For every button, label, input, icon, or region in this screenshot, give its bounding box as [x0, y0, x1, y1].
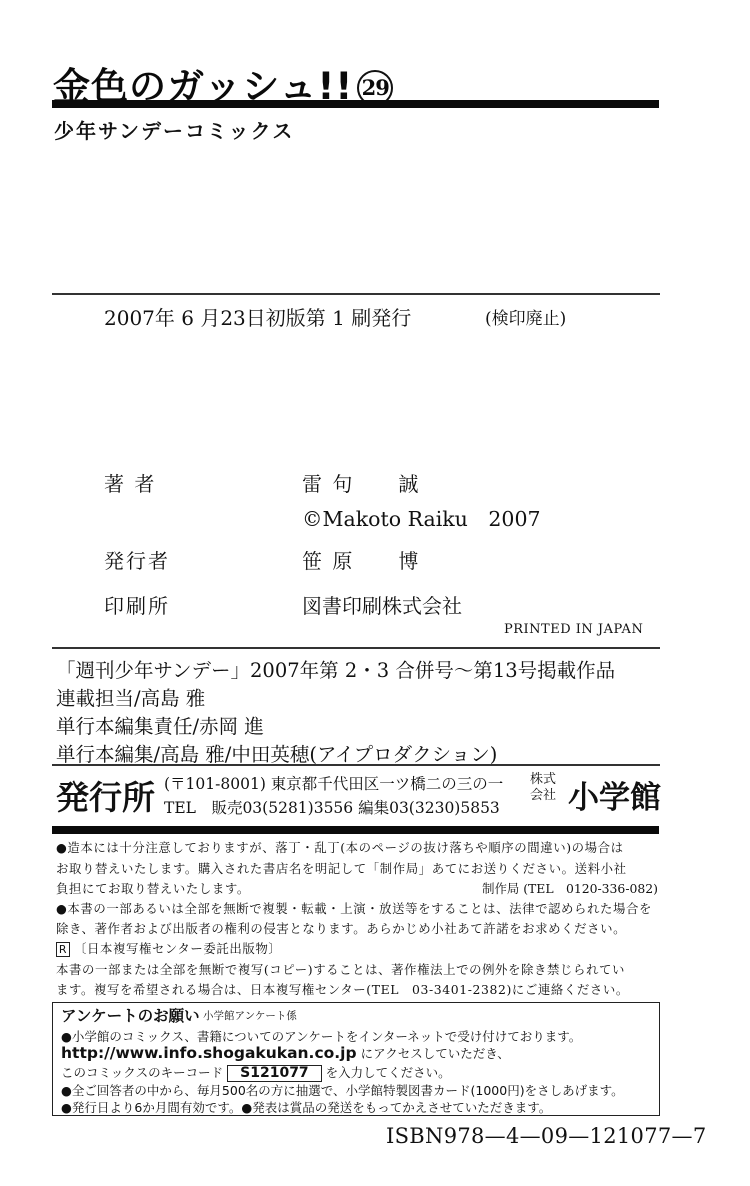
survey-box: アンケートのお願い 小学館アンケート係 ●小学館のコミックス、書籍についてのアン… [52, 1002, 660, 1116]
defect-notice-2: お取り替えいたします。購入された書店名を明記して「制作局」あてにお送りください。… [56, 859, 627, 877]
volume-editors: 単行本編集/高島 雅/中田英穂(アイプロダクション) [56, 739, 497, 767]
survey-line-4: ●全ご回答者の中から、毎月500名の方に抽選で、小学館特製図書カード(1000円… [61, 1081, 624, 1099]
isbn: ISBN978—4—09—121077—7 [386, 1124, 706, 1148]
printed-in-japan: PRINTED IN JAPAN [504, 622, 643, 637]
jrrc-heading: R〔日本複写権センター委託出版物〕 [56, 939, 281, 957]
survey-url-link[interactable]: http://www.info.shogakukan.co.jp [61, 1044, 357, 1062]
corp-type-top: 株式 [530, 772, 556, 788]
divider [52, 647, 660, 649]
publisher-address: (〒101-8001) 東京都千代田区一ツ橋二の三の一 [164, 772, 503, 794]
corp-type: 株式 会社 [530, 772, 556, 804]
publisher-tel: TEL 販売03(5281)3556 編集03(3230)5853 [164, 796, 500, 818]
survey-url-suffix: にアクセスしていただき、 [361, 1046, 510, 1061]
survey-keycode-line: このコミックスのキーコードS121077を入力してください。 [61, 1063, 451, 1082]
registered-r-icon: R [56, 942, 70, 957]
author-label: 著 者 [104, 468, 156, 497]
divider [52, 764, 660, 766]
survey-subtitle: 小学館アンケート係 [203, 1008, 297, 1023]
publisher-rule [52, 826, 659, 834]
survey-line-5: ●発行日より6か月間有効です。●発表は賞品の発送をもってかえさせていただきます。 [61, 1098, 551, 1116]
printer-name: 図書印刷株式会社 [302, 590, 462, 619]
stamp-note: (検印廃止) [485, 304, 566, 329]
serial-editor: 連載担当/高島 雅 [56, 683, 205, 711]
volume-editor-chief: 単行本編集責任/赤岡 進 [56, 711, 264, 739]
publisher-block-label: 発行所 [56, 772, 155, 819]
copyright-notice-2: 除き、著作者および出版者の権利の侵害となります。あらかじめ小社あて許諾をお求めく… [56, 919, 626, 937]
publisher-name: 笹 原 博 [302, 545, 420, 574]
keycode-box: S121077 [227, 1065, 322, 1082]
copyright-notice-1: ●本書の一部あるいは全部を無断で複製・転載・上演・放送等をすることは、法律で認め… [56, 899, 652, 917]
publisher-label: 発行者 [104, 545, 170, 574]
printer-label: 印刷所 [104, 590, 170, 619]
survey-title: アンケートのお願い [61, 1004, 200, 1026]
serialization-note: 「週刊少年サンデー」2007年第 2・3 合併号〜第13号掲載作品 [56, 655, 615, 683]
jrrc-notice-1: 本書の一部または全部を無断で複写(コピー)することは、著作権法上での例外を除き禁… [56, 960, 625, 978]
divider [52, 293, 660, 295]
copyright-line: ©Makoto Raiku 2007 [302, 502, 541, 532]
defect-notice-1: ●造本には十分注意しておりますが、落丁・乱丁(本のページの抜け落ちや順序の間違い… [56, 838, 624, 856]
keycode-suffix: を入力してください。 [326, 1065, 451, 1080]
corp-type-bottom: 会社 [530, 788, 556, 804]
publication-date: 2007年 6 月23日初版第 1 刷発行 [104, 302, 411, 331]
survey-url-line: http://www.info.shogakukan.co.jp にアクセスして… [61, 1044, 510, 1062]
defect-notice-3: 負担にてお取り替えいたします。 [56, 879, 250, 897]
defect-contact: 制作局 (TEL 0120-336-082) [482, 879, 658, 897]
jrrc-notice-2: ます。複写を希望される場合は、日本複写権センター(TEL 03-3401-238… [56, 980, 629, 998]
survey-line-1: ●小学館のコミックス、書籍についてのアンケートをインターネットで受け付けておりま… [61, 1027, 581, 1045]
keycode-prefix: このコミックスのキーコード [61, 1065, 223, 1080]
jrrc-title: 〔日本複写権センター委託出版物〕 [74, 941, 281, 956]
title-rule [52, 100, 659, 108]
imprint-label: 少年サンデーコミックス [54, 115, 294, 144]
author-name: 雷 句 誠 [302, 468, 420, 497]
publisher-company: 小学館 [568, 772, 661, 817]
